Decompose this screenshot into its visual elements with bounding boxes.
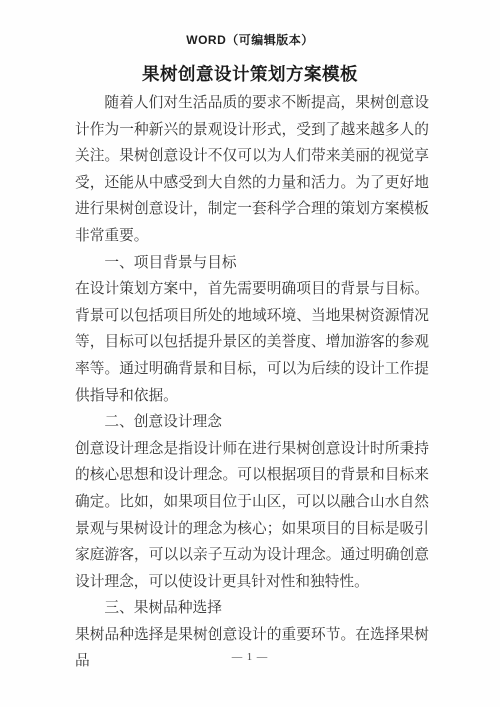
page-number: — 1 — bbox=[0, 652, 500, 663]
body-paragraph: 随着人们对生活品质的要求不断提高，果树创意设计作为一种新兴的景观设计形式，受到了… bbox=[75, 90, 429, 250]
section-heading: 三、果树品种选择 bbox=[75, 595, 429, 622]
section-heading: 二、创意设计理念 bbox=[75, 409, 429, 436]
page-header-label: WORD（可编辑版本） bbox=[0, 31, 500, 48]
body-paragraph: 在设计策划方案中，首先需要明确项目的背景与目标。背景可以包括项目所处的地域环境、… bbox=[75, 276, 429, 409]
document-page: WORD（可编辑版本） 果树创意设计策划方案模板 随着人们对生活品质的要求不断提… bbox=[0, 0, 500, 707]
doc-title: 果树创意设计策划方案模板 bbox=[0, 61, 500, 86]
body-paragraph: 创意设计理念是指设计师在进行果树创意设计时所秉持的核心思想和设计理念。可以根据项… bbox=[75, 436, 429, 596]
document-body: 随着人们对生活品质的要求不断提高，果树创意设计作为一种新兴的景观设计形式，受到了… bbox=[75, 90, 429, 675]
body-paragraph: 果树品种选择是果树创意设计的重要环节。在选择果树品 bbox=[75, 622, 429, 675]
section-heading: 一、项目背景与目标 bbox=[75, 250, 429, 277]
